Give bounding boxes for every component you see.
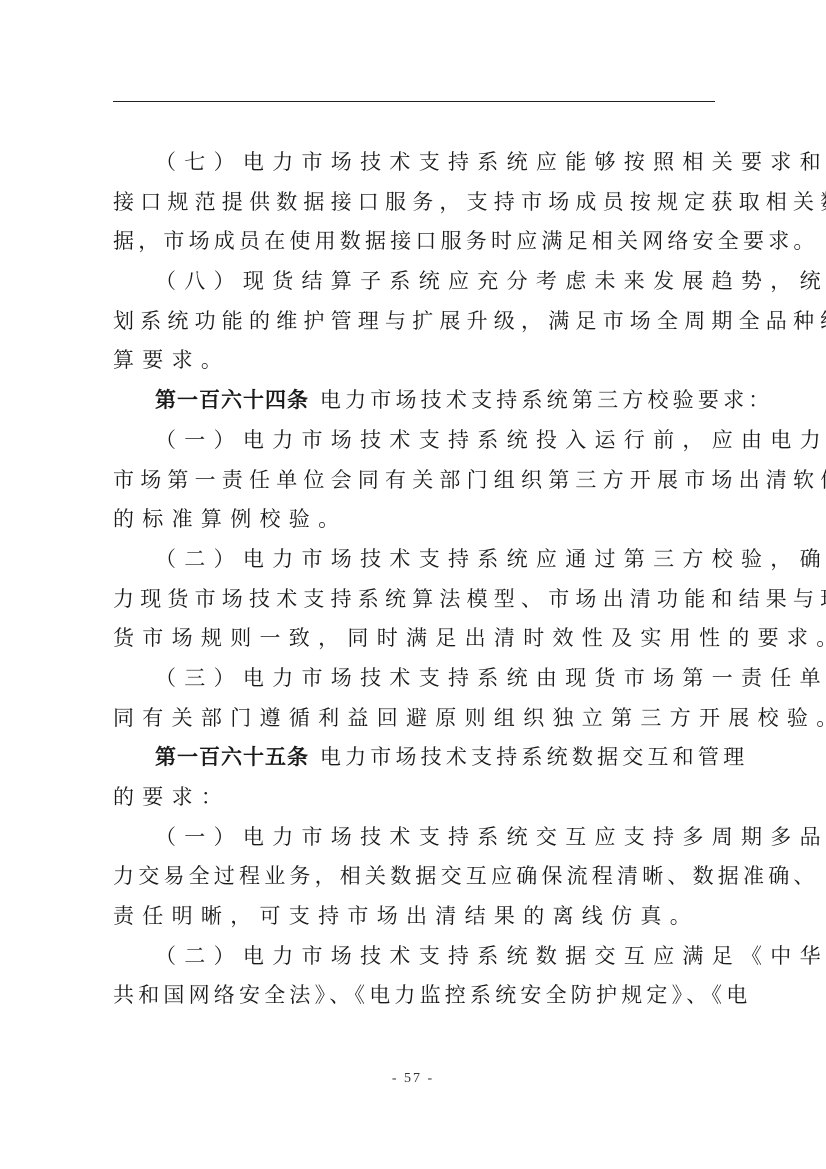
paragraph-line: 据，市场成员在使用数据接口服务时应满足相关网络安全要求。	[113, 222, 715, 262]
paragraph-line: 市场第一责任单位会同有关部门组织第三方开展市场出清软件	[113, 461, 715, 501]
paragraph-line: 的标准算例校验。	[113, 500, 715, 540]
paragraph-line: （一）电力市场技术支持系统投入运行前，应由电力现货	[113, 421, 715, 461]
paragraph-line: （三）电力市场技术支持系统由现货市场第一责任单位会	[113, 659, 715, 699]
article-heading-line: 第一百六十五条 电力市场技术支持系统数据交互和管理	[113, 738, 715, 778]
paragraph-line: 同有关部门遵循利益回避原则组织独立第三方开展校验。	[113, 699, 715, 739]
paragraph-line: 划系统功能的维护管理与扩展升级，满足市场全周期全品种结	[113, 302, 715, 342]
paragraph-line: 货市场规则一致，同时满足出清时效性及实用性的要求。	[113, 619, 715, 659]
paragraph-line: （二）电力市场技术支持系统数据交互应满足《中华人民	[113, 937, 715, 977]
paragraph-line: （七）电力市场技术支持系统应能够按照相关要求和数据	[113, 143, 715, 183]
page-number: - 57 -	[0, 1071, 826, 1087]
paragraph-line: （一）电力市场技术支持系统交互应支持多周期多品种电	[113, 818, 715, 858]
paragraph-line: 的要求：	[113, 778, 715, 818]
paragraph-line: 责任明晰，可支持市场出清结果的离线仿真。	[113, 897, 715, 937]
article-number: 第一百六十四条	[155, 388, 309, 412]
article-number: 第一百六十五条	[155, 745, 309, 769]
article-heading-line: 第一百六十四条 电力市场技术支持系统第三方校验要求：	[113, 381, 715, 421]
paragraph-line: 力交易全过程业务，相关数据交互应确保流程清晰、数据准确、	[113, 857, 715, 897]
paragraph-line: 共和国网络安全法》、《电力监控系统安全防护规定》、《电	[113, 976, 715, 1016]
header-divider	[113, 101, 715, 102]
paragraph-line: 接口规范提供数据接口服务，支持市场成员按规定获取相关数	[113, 183, 715, 223]
document-page: （七）电力市场技术支持系统应能够按照相关要求和数据 接口规范提供数据接口服务，支…	[0, 0, 826, 1169]
paragraph-line: （二）电力市场技术支持系统应通过第三方校验，确保电	[113, 540, 715, 580]
paragraph-line: （八）现货结算子系统应充分考虑未来发展趋势，统筹规	[113, 262, 715, 302]
paragraph-line: 力现货市场技术支持系统算法模型、市场出清功能和结果与现	[113, 580, 715, 620]
paragraph-line: 算要求。	[113, 341, 715, 381]
document-body: （七）电力市场技术支持系统应能够按照相关要求和数据 接口规范提供数据接口服务，支…	[113, 143, 715, 1016]
